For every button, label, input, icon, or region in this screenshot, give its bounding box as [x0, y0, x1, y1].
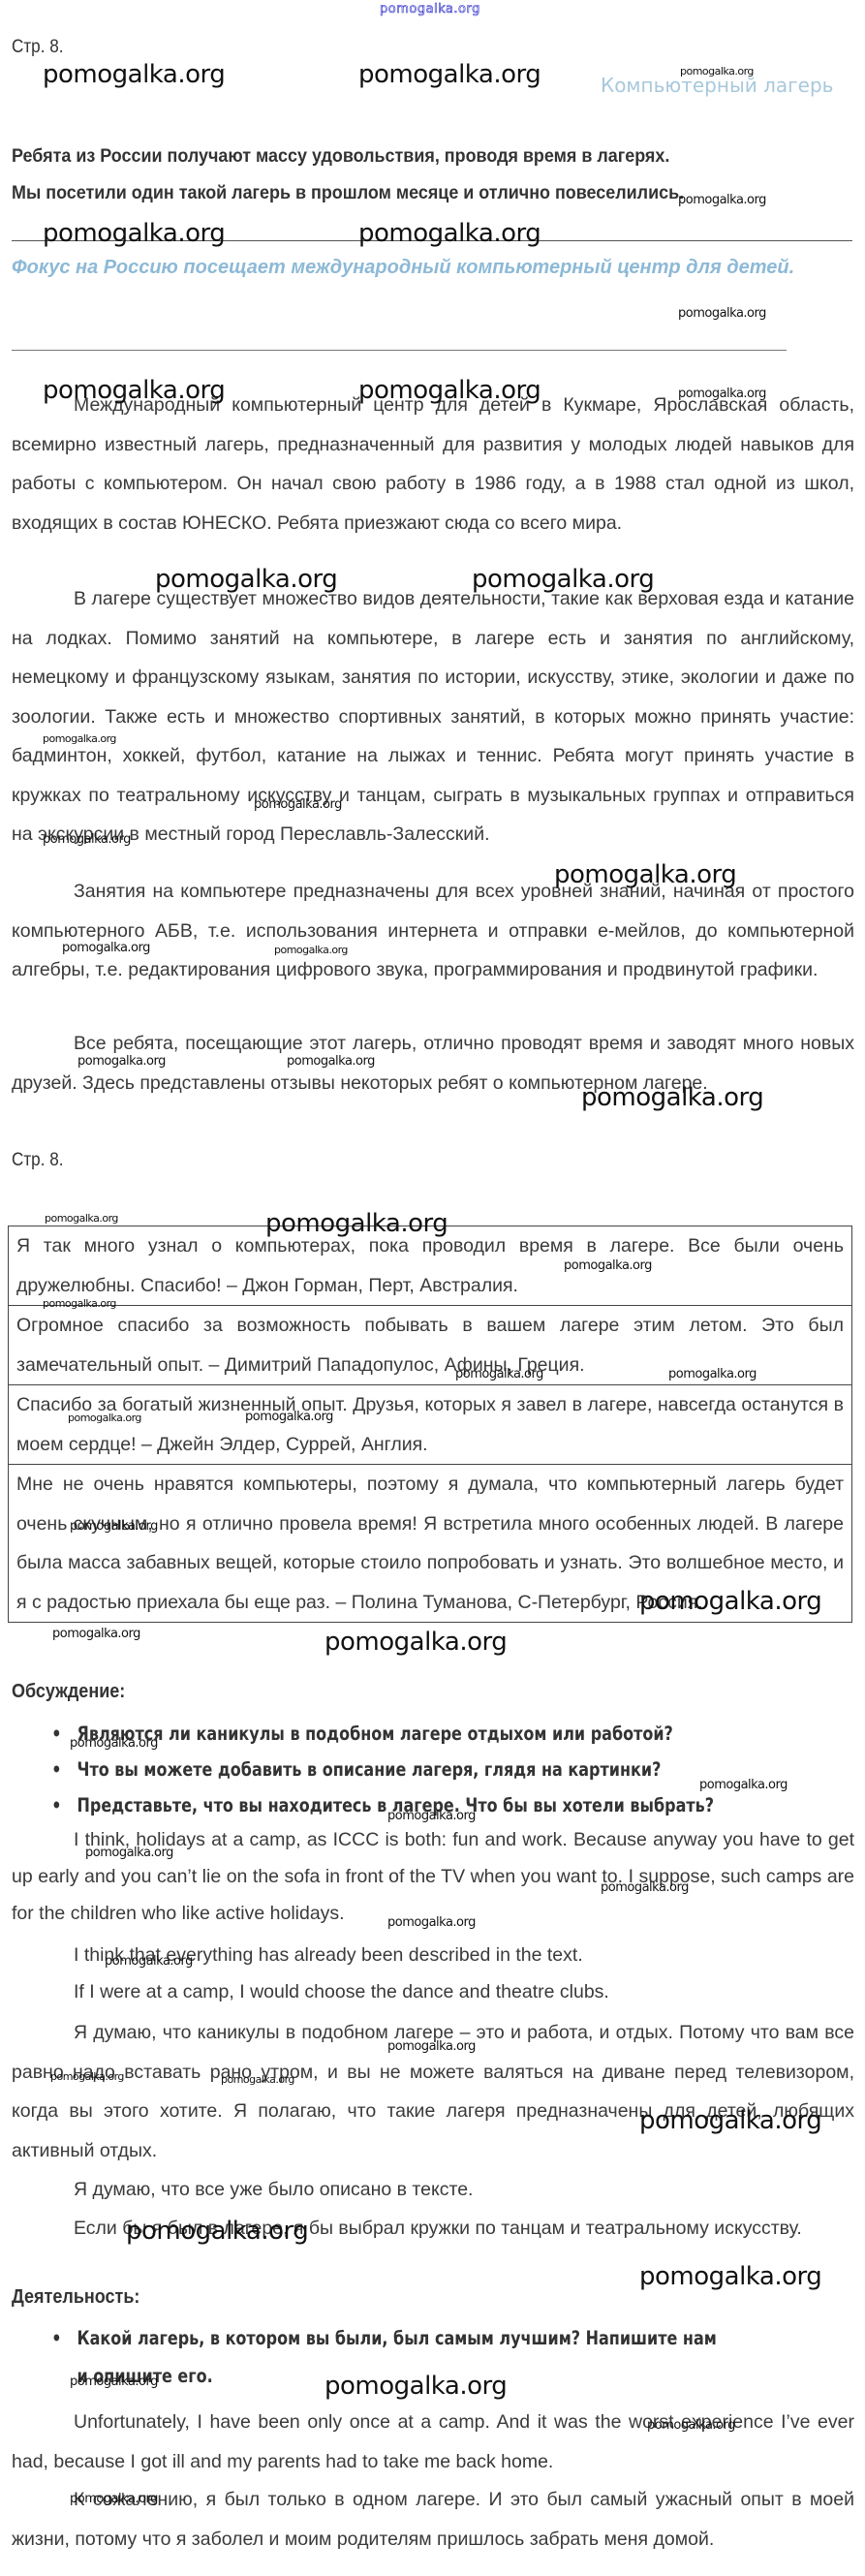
watermark: pomogalka.org: [387, 1916, 476, 1929]
watermark: pomogalka.org: [387, 1810, 476, 1822]
bullet-icon: •: [51, 1723, 61, 1745]
watermark: pomogalka.org: [324, 1629, 507, 1655]
watermark: pomogalka.org: [358, 378, 541, 403]
watermark: pomogalka.org: [358, 221, 541, 246]
watermark: pomogalka.org: [387, 2040, 476, 2053]
activity-heading: Деятельность:: [12, 2286, 139, 2309]
watermark: pomogalka.org: [70, 1737, 158, 1750]
watermark: pomogalka.org: [601, 1881, 689, 1894]
question-item: •Представьте, что вы находитесь в лагере…: [48, 1794, 708, 1816]
review-entry: Я так много узнал о компьютерах, пока пр…: [9, 1226, 851, 1305]
intro-line-1: Ребята из России получают массу удовольс…: [12, 145, 786, 168]
discussion-heading: Обсуждение:: [12, 1681, 125, 1703]
article-paragraph: Занятия на компьютере предназначены для …: [12, 872, 854, 990]
watermark: pomogalka.org: [254, 798, 342, 811]
watermark: pomogalka.org: [62, 942, 150, 954]
watermark: pomogalka.org: [43, 833, 131, 846]
watermark: pomogalka.org: [45, 1213, 118, 1224]
watermark: pomogalka.org: [77, 1055, 166, 1068]
watermark: pomogalka.org: [358, 62, 541, 87]
watermark: pomogalka.org: [43, 221, 225, 246]
watermark: pomogalka.org: [678, 194, 766, 206]
answer-paragraph: Unfortunately, I have been only once at …: [12, 2403, 854, 2481]
question-item: •Что вы можете добавить в описание лагер…: [48, 1758, 708, 1781]
watermark: pomogalka.org: [245, 1411, 333, 1423]
watermark: pomogalka.org: [70, 1520, 158, 1533]
watermark: pomogalka.org: [287, 1055, 375, 1068]
watermark: pomogalka.org: [639, 2264, 821, 2289]
bullet-icon: •: [51, 1794, 61, 1816]
watermark: pomogalka.org: [43, 62, 225, 87]
watermark: pomogalka.org: [680, 66, 754, 77]
page-label: Стр. 8.: [12, 1150, 63, 1171]
watermark: pomogalka.org: [639, 2108, 821, 2133]
watermark: pomogalka.org: [554, 862, 736, 887]
page-label: Стр. 8.: [12, 37, 63, 58]
watermark: pomogalka.org: [70, 2493, 158, 2505]
watermark: pomogalka.org: [105, 1955, 193, 1968]
review-entry: Спасибо за богатый жизненный опыт. Друзь…: [9, 1384, 851, 1464]
bullet-icon: •: [51, 2327, 61, 2349]
watermark: pomogalka.org: [126, 2219, 308, 2244]
watermark: pomogalka.org: [70, 2375, 158, 2388]
focus-heading: Фокус на Россию посещает международный к…: [12, 248, 854, 287]
watermark: pomogalka.org: [472, 567, 654, 592]
reviews-table: Я так много узнал о компьютерах, пока пр…: [8, 1226, 852, 1623]
answer-paragraph: If I were at a camp, I would choose the …: [12, 1972, 854, 2012]
watermark: pomogalka.org: [678, 388, 766, 400]
watermark: pomogalka.org: [155, 567, 337, 592]
intro-line-2: Мы посетили один такой лагерь в прошлом …: [12, 182, 786, 204]
article-paragraph: Международный компьютерный центр для дет…: [12, 386, 854, 543]
task-item: •Какой лагерь, в котором вы были, был са…: [48, 2327, 708, 2349]
answer-paragraph: Я думаю, что каникулы в подобном лагере …: [12, 2013, 854, 2170]
bullet-icon: •: [51, 1758, 61, 1781]
watermark: pomogalka.org: [678, 307, 766, 320]
watermark: pomogalka.org: [85, 1847, 173, 1859]
watermark: pomogalka.org: [265, 1211, 448, 1236]
watermark: pomogalka.org: [668, 1368, 757, 1381]
watermark: pomogalka.org: [43, 378, 225, 403]
site-watermark-top: pomogalka.org: [380, 2, 480, 16]
watermark: pomogalka.org: [581, 1085, 763, 1110]
watermark: pomogalka.org: [221, 2074, 294, 2085]
watermark: pomogalka.org: [699, 1779, 788, 1791]
watermark: pomogalka.org: [52, 1628, 140, 1640]
answer-paragraph: Я думаю, что все уже было описано в текс…: [12, 2170, 854, 2210]
watermark: pomogalka.org: [455, 1368, 543, 1381]
watermark: pomogalka.org: [324, 2374, 507, 2399]
watermark: pomogalka.org: [43, 733, 116, 744]
watermark: pomogalka.org: [43, 1298, 116, 1309]
watermark: pomogalka.org: [639, 1589, 821, 1614]
article-paragraph: В лагере существует множество видов деят…: [12, 579, 854, 854]
divider: [12, 350, 787, 351]
watermark: pomogalka.org: [50, 2071, 124, 2082]
watermark: pomogalka.org: [68, 1412, 141, 1423]
watermark: pomogalka.org: [647, 2419, 735, 2432]
watermark: pomogalka.org: [564, 1259, 652, 1272]
watermark: pomogalka.org: [274, 945, 348, 955]
discussion-questions: •Являются ли каникулы в подобном лагере …: [48, 1723, 852, 1816]
